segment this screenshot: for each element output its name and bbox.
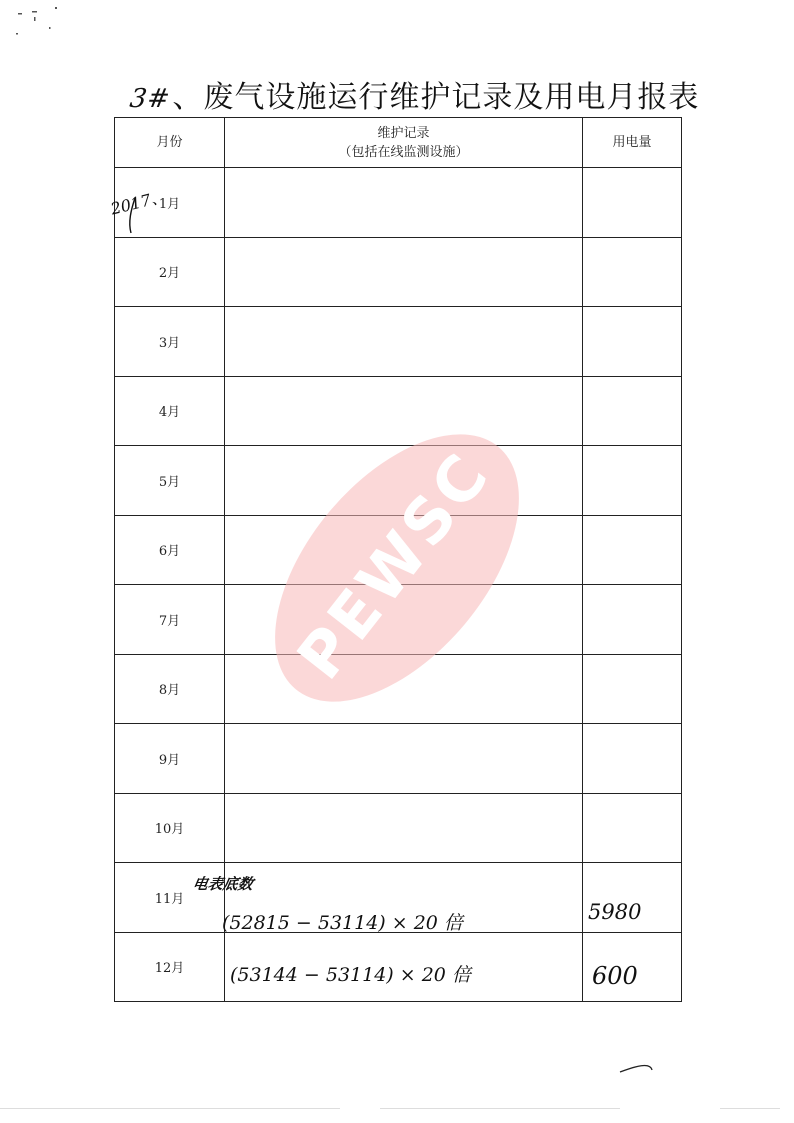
month-cell-text: 4月 [159,405,180,420]
header-month: 月份 [115,118,225,168]
table-row: 6月 [115,515,682,585]
record-cell [225,446,583,516]
electricity-cell [583,654,682,724]
electricity-cell [583,793,682,863]
month-cell: 2月 [115,237,225,307]
record-cell [225,237,583,307]
handwritten-unit-number: 3# [128,84,173,114]
month-cell-text: 11月 [155,892,185,907]
electricity-cell [583,585,682,655]
record-cell [225,654,583,724]
month-cell-text: 2月 [159,266,180,281]
handwritten-nov-formula: (52815 − 53114) × 20 倍 [222,908,463,935]
header-record-line1: 维护记录 [225,124,582,143]
electricity-cell [583,168,682,238]
table-row: 5月 [115,446,682,516]
month-cell: 5月 [115,446,225,516]
electricity-cell [583,376,682,446]
table-header-row: 月份 维护记录 （包括在线监测设施） 用电量 [115,118,682,168]
month-cell-text: 8月 [159,683,180,698]
record-cell [225,376,583,446]
month-cell: 9月 [115,724,225,794]
electricity-cell [583,307,682,377]
handwritten-stroke [125,196,145,236]
month-cell-text: 6月 [159,544,180,559]
table-row: 8月 [115,654,682,724]
month-cell-text: 12月 [155,961,185,976]
page-title: 3#、废气设施运行维护记录及用电月报表 [130,72,690,116]
record-cell [225,793,583,863]
title-text: 废气设施运行维护记录及用电月报表 [203,80,699,115]
month-cell-text: 3月 [159,336,180,351]
table-row: 7月 [115,585,682,655]
month-cell: 12月 [115,932,225,1002]
month-cell: 4月 [115,376,225,446]
handwritten-nov-electricity: 5980 [588,900,641,924]
handwritten-dec-formula: (53144 − 53114) × 20 倍 [230,960,471,987]
title-separator: 、 [172,80,203,115]
month-cell: 6月 [115,515,225,585]
table-row: 3月 [115,307,682,377]
record-cell [225,515,583,585]
handwritten-dec-electricity: 600 [592,962,638,990]
electricity-cell [583,515,682,585]
month-cell-text: 7月 [159,614,180,629]
month-cell: 3月 [115,307,225,377]
electricity-cell [583,724,682,794]
electricity-cell [583,446,682,516]
record-cell [225,585,583,655]
record-cell [225,724,583,794]
table-row: 2月 [115,237,682,307]
header-electricity: 用电量 [583,118,682,168]
month-cell-text: 9月 [159,753,180,768]
month-cell: 7月 [115,585,225,655]
electricity-cell [583,237,682,307]
table-row: 10月 [115,793,682,863]
table-row: 9月 [115,724,682,794]
record-cell [225,168,583,238]
table-row: 1月 [115,168,682,238]
month-cell-text: 5月 [159,475,180,490]
month-cell: 8月 [115,654,225,724]
handwritten-meter-note: 电表底数 [191,873,255,894]
month-cell: 10月 [115,793,225,863]
record-cell [225,307,583,377]
table-row: 4月 [115,376,682,446]
header-maintenance-record: 维护记录 （包括在线监测设施） [225,118,583,168]
maintenance-record-table: 月份 维护记录 （包括在线监测设施） 用电量 1月2月3月4月5月6月7月8月9… [114,117,682,1002]
month-cell-text: 10月 [155,822,185,837]
header-record-line2: （包括在线监测设施） [225,143,582,162]
